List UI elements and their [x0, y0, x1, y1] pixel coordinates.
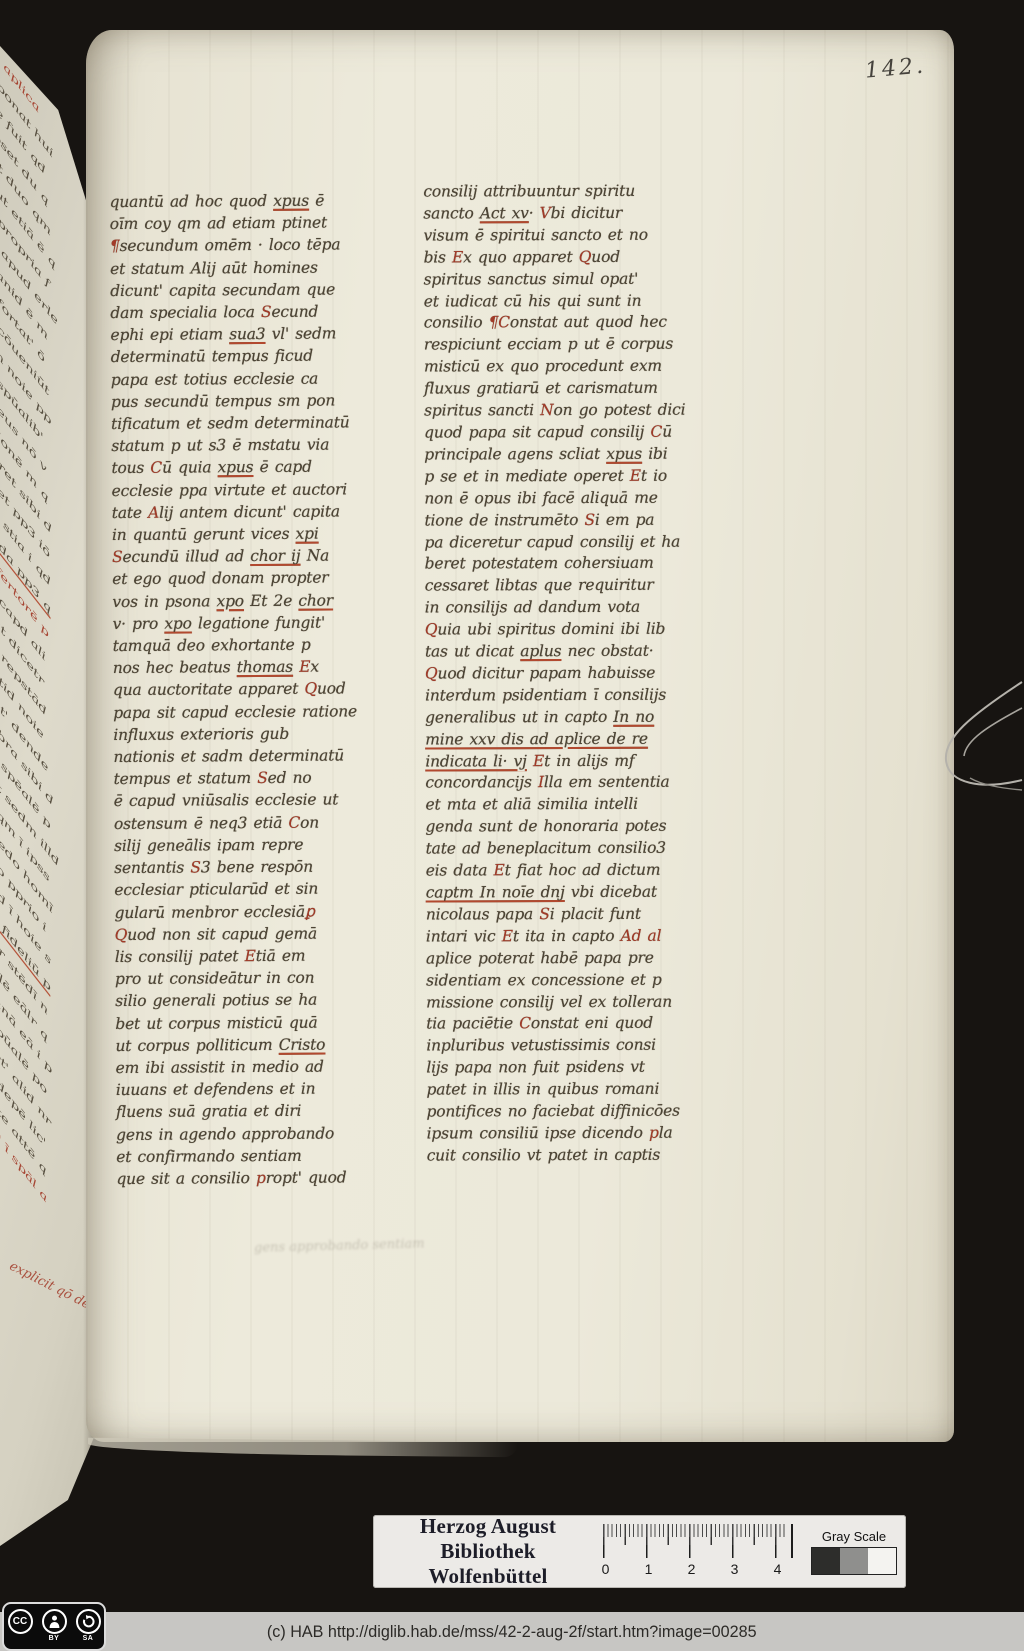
- manuscript-line: statum p ut s3 ē mstatu via: [111, 433, 403, 457]
- manuscript-line: consilio ¶Constat aut quod hec: [424, 312, 720, 335]
- manuscript-line: ecclesie ppa virtute et auctori: [112, 478, 404, 502]
- manuscript-line: nos hec beatus thomas Ex: [113, 655, 405, 679]
- cc-by-label: BY: [49, 1635, 60, 1642]
- manuscript-line: ut corpus polliticum Cristo: [115, 1033, 407, 1057]
- gray-scale-target: Gray Scale: [810, 1529, 898, 1575]
- ruler-ticks: [603, 1524, 793, 1558]
- cc-by-person-icon: [42, 1609, 67, 1634]
- caption-bar: (c) HAB http://diglib.hab.de/mss/42-2-au…: [0, 1612, 1024, 1651]
- manuscript-line: captm In noīe dnj vbi dicebat: [426, 881, 722, 904]
- manuscript-line: non ē opus ibi facē aliquā me: [424, 487, 720, 510]
- manuscript-line: papa sit capud ecclesie ratione: [113, 700, 405, 724]
- manuscript-line: inpluribus vetustissimis consi: [426, 1035, 722, 1058]
- manuscript-line: sentantis S3 bene respōn: [114, 855, 406, 879]
- folio-number: 142.: [864, 53, 927, 83]
- library-name-line2: Wolfenbüttel: [381, 1564, 595, 1589]
- manuscript-line: fluens suā gratia et diri: [116, 1099, 408, 1123]
- manuscript-line: interdum psidentiam ī consilijs: [425, 684, 721, 707]
- manuscript-line: tous Cū quia xpus ē capd: [111, 455, 403, 479]
- manuscript-line: Quod dicitur papam habuisse: [425, 662, 721, 685]
- manuscript-line: sancto Act xv· Vbi dicitur: [423, 202, 719, 225]
- cc-sa-arrow-icon: [76, 1609, 101, 1634]
- previous-page-edge: 2a questio depetri aplicadeo ponat huiad…: [0, 0, 97, 1565]
- manuscript-line: pontifices no faciebat diffinicōes: [426, 1101, 722, 1124]
- manuscript-line: indicata li· vj Et in alijs mf: [425, 750, 721, 773]
- manuscript-line: bet ut corpus misticū quā: [115, 1010, 407, 1034]
- manuscript-line: eis data Et fiat hoc ad dictum: [426, 860, 722, 883]
- gray-swatch-dark: [812, 1548, 840, 1574]
- manuscript-line: dam specialia loca Secund: [110, 300, 402, 324]
- library-label-plate: Herzog August Bibliothek Wolfenbüttel 01…: [373, 1515, 906, 1588]
- manuscript-line: patet in illis in quibus romani: [426, 1079, 722, 1102]
- manuscript-line: em ibi assistit in medio ad: [116, 1055, 408, 1079]
- ruler-numbers: 01234: [584, 1561, 799, 1577]
- manuscript-line: sidentiam ex concessione et p: [426, 969, 722, 992]
- manuscript-line: beret potestatem cohersiuam: [425, 553, 721, 576]
- manuscript-line: et mta et aliā similia intelli: [425, 794, 721, 817]
- manuscript-line: et ego quod donam propter: [112, 566, 404, 590]
- manuscript-line: et confirmando sentiam: [116, 1144, 408, 1168]
- library-name-line1: Herzog August Bibliothek: [381, 1514, 595, 1564]
- manuscript-line: p se et in mediate operet Et io: [424, 465, 720, 488]
- manuscript-line: in quantū gerunt vices xpi: [112, 522, 404, 546]
- under-page-edge: [88, 1438, 518, 1458]
- cc-sa: SA: [76, 1609, 101, 1642]
- cc-logo: CC: [8, 1609, 33, 1634]
- manuscript-line: ephi epi etiam sua3 vl' sedm: [110, 322, 402, 346]
- manuscript-line: aplice poterat habē papa pre: [426, 947, 722, 970]
- manuscript-line: tamquā deo exhortante p: [113, 633, 405, 657]
- manuscript-line: ecclesiar pticularūd et sin: [114, 877, 406, 901]
- manuscript-line: gens in agendo approbando: [116, 1122, 408, 1146]
- manuscript-line: nicolaus papa Si placit funt: [426, 903, 722, 926]
- manuscript-line: iuuans et defendens et in: [116, 1077, 408, 1101]
- manuscript-line: missione consilij vel ex tolleran: [426, 991, 722, 1014]
- manuscript-line: cessaret libtas que requiritur: [425, 575, 721, 598]
- manuscript-page: 142. quantū ad hoc quod xpus ēoīm coy qm…: [86, 30, 954, 1442]
- manuscript-line: v· pro xpo legatione fungit': [112, 611, 404, 635]
- manuscript-line: spiritus sancti Non go potest dici: [424, 400, 720, 423]
- manuscript-line: tas ut dicat aplus nec obstat·: [425, 641, 721, 664]
- manuscript-line: ostensum ē neq3 etiā Con: [114, 811, 406, 835]
- manuscript-line: mine xxv dis ad aplice de re: [425, 728, 721, 751]
- gray-swatch-mid: [840, 1548, 868, 1574]
- gray-swatch-light: [868, 1548, 896, 1574]
- manuscript-line: quod papa sit capud consilij Cū: [424, 421, 720, 444]
- list-item: 3: [713, 1561, 756, 1577]
- previous-page-text: 2a questio depetri aplicadeo ponat huiad…: [0, 0, 97, 1374]
- manuscript-line: fluxus gratiarū et carismatum: [424, 378, 720, 401]
- manuscript-line: pa diceretur capud consilij et ha: [425, 531, 721, 554]
- manuscript-line: tate Alij antem dicunt' capita: [112, 500, 404, 524]
- manuscript-line: lis consilij patet Etiā em: [115, 944, 407, 968]
- manuscript-line: papa est totius ecclesie ca: [111, 367, 403, 391]
- manuscript-line: tia paciētie Constat eni quod: [426, 1013, 722, 1036]
- manuscript-line: Secundū illud ad chor ij Na: [112, 544, 404, 568]
- manuscript-line: tione de instrumēto Si em pa: [424, 509, 720, 532]
- manuscript-line: et statum Alij aūt homines: [110, 256, 402, 280]
- caption-text: (c) HAB http://diglib.hab.de/mss/42-2-au…: [267, 1622, 757, 1642]
- list-item: 2: [670, 1561, 713, 1577]
- cc-logo-icon: CC: [8, 1609, 33, 1634]
- library-name: Herzog August Bibliothek Wolfenbüttel: [381, 1514, 595, 1588]
- manuscript-line: dicunt' capita secundam que: [110, 278, 402, 302]
- manuscript-line: oīm coy qm ad etiam ptinet: [110, 211, 402, 235]
- list-item: 1: [627, 1561, 670, 1577]
- page-holder-wire-icon: [930, 668, 1024, 808]
- manuscript-line: pus secundū tempus sm pon: [111, 389, 403, 413]
- manuscript-line: nationis et sadm determinatū: [113, 744, 405, 768]
- manuscript-line: lijs papa non fuit psidens vt: [426, 1057, 722, 1080]
- manuscript-column-left: quantū ad hoc quod xpus ēoīm coy qm ad e…: [110, 189, 409, 1190]
- manuscript-line: et iudicat cū his qui sunt in: [424, 290, 720, 313]
- manuscript-line: Quia ubi spiritus domini ibi lib: [425, 619, 721, 642]
- gray-scale-swatches: [811, 1547, 897, 1575]
- manuscript-line: principale agens scliat xpus ibi: [424, 443, 720, 466]
- manuscript-line: consilij attribuuntur spiritu: [423, 180, 719, 203]
- manuscript-line: ē capud vniūsalis ecclesie ut: [114, 788, 406, 812]
- manuscript-line: genda sunt de honoraria potes: [425, 816, 721, 839]
- manuscript-line: determinatū tempus ficud: [111, 344, 403, 368]
- cc-by: BY: [42, 1609, 67, 1642]
- list-item: 4: [756, 1561, 799, 1577]
- manuscript-line: respiciunt ecciam p ut ē corpus: [424, 334, 720, 357]
- manuscript-line: visum ē spiritui sancto et no: [423, 224, 719, 247]
- manuscript-line: gularū menbror ecclesiāꝑ: [114, 899, 406, 923]
- gray-scale-label: Gray Scale: [810, 1529, 898, 1544]
- manuscript-line: qua auctoritate apparet Quod: [113, 677, 405, 701]
- manuscript-line: vos in psona xpo Et 2e chor: [112, 589, 404, 613]
- manuscript-line: tate ad beneplacitum consilio3: [426, 838, 722, 861]
- manuscript-line: ¶secundum omēm · loco tēpa: [110, 233, 402, 257]
- manuscript-line: tempus et statum Sed no: [114, 766, 406, 790]
- manuscript-line: ipsum consiliū ipse dicendo pla: [427, 1122, 723, 1145]
- manuscript-line: quantū ad hoc quod xpus ē: [110, 189, 402, 213]
- previous-page-catchword: explicit qō de cōsilijs: [7, 1259, 97, 1340]
- manuscript-line: intari vic Et ita in capto Ad al: [426, 925, 722, 948]
- manuscript-line: pro ut consideātur in con: [115, 966, 407, 990]
- manuscript-line: bis Ex quo apparet Quod: [424, 246, 720, 269]
- manuscript-line: silio generali potius se ha: [115, 988, 407, 1012]
- cc-sa-label: SA: [83, 1635, 94, 1642]
- manuscript-line: generalibus ut in capto In no: [425, 706, 721, 729]
- manuscript-line: concordancijs Illa em sententia: [425, 772, 721, 795]
- manuscript-line: in consilijs ad dandum vota: [425, 597, 721, 620]
- centimeter-ruler: 01234: [601, 1521, 799, 1583]
- manuscript-line: spiritus sanctus simul opat': [424, 268, 720, 291]
- manuscript-line: tificatum et sedm determinatū: [111, 411, 403, 435]
- manuscript-line: Quod non sit capud gemā: [115, 922, 407, 946]
- manuscript-line: silij geneālis ipam repre: [114, 833, 406, 857]
- manuscript-line: que sit a consilio propt' quod: [116, 1166, 408, 1190]
- manuscript-column-right: consilij attribuuntur spiritusancto Act …: [423, 180, 722, 1167]
- cc-license-badge: CC BY SA: [2, 1602, 106, 1651]
- list-item: 0: [584, 1561, 627, 1577]
- manuscript-line: influxus exterioris gub: [113, 722, 405, 746]
- manuscript-line: cuit consilio vt patet in captis: [427, 1144, 723, 1167]
- manuscript-line: misticū ex quo procedunt exm: [424, 356, 720, 379]
